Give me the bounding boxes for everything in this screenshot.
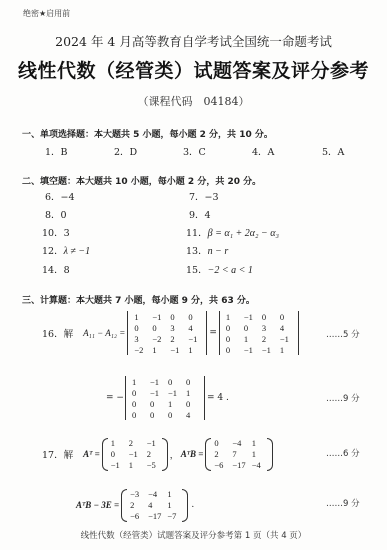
- answer-number: 12．: [42, 246, 64, 257]
- matrix-cell: 2: [259, 333, 277, 344]
- matrix-cell: −1: [185, 333, 203, 344]
- choice-answer-3: 3．C: [183, 144, 206, 158]
- matrix-cell: −1: [241, 344, 259, 355]
- answer-number: 6．: [45, 192, 61, 203]
- q16-determinant-3: 1−1000−1−1100100004: [125, 376, 205, 420]
- q16-lhs: A₁₁ − A₁₂ =: [83, 328, 125, 338]
- answer-number: 7．: [189, 192, 205, 203]
- answer-value: −2 < a < 1: [208, 265, 253, 276]
- choice-answer-5: 5．A: [322, 144, 344, 158]
- fill-answer-8: 8．0: [45, 207, 67, 221]
- course-code: （课程代码 04184）: [0, 93, 387, 109]
- matrix-cell: −1: [149, 311, 167, 322]
- matrix-cell: −1: [147, 376, 165, 387]
- fill-answer-14: 14．8: [42, 262, 70, 276]
- fill-answer-15: 15．−2 < a < 1: [186, 262, 253, 276]
- answer-value: n − r: [208, 246, 229, 257]
- matrix-cell: −4: [145, 489, 164, 500]
- confidential-label: 绝密★启用前: [23, 8, 70, 19]
- matrix-cell: 0: [223, 333, 241, 344]
- choice-answer-1: 1．B: [45, 144, 68, 158]
- matrix-cell: −1: [165, 387, 183, 398]
- section2-heading: 二、填空题：本大题共 10 小题，每小题 2 分，共 20 分。: [22, 174, 261, 187]
- q16-determinant-2: 1−1000034012−10−1−11: [219, 311, 299, 355]
- matrix-cell: 4: [183, 409, 201, 420]
- matrix-cell: 1: [185, 344, 203, 355]
- matrix-cell: 3: [259, 322, 277, 333]
- matrix-cell: −1: [147, 387, 165, 398]
- answer-number: 11．: [186, 228, 208, 239]
- q16-line1: 16．解 A₁₁ − A₁₂ = 1−10000343−22−1−21−11 =…: [42, 305, 299, 361]
- matrix-cell: 2: [144, 449, 162, 460]
- matrix-cell: −2: [149, 333, 167, 344]
- answer-number: 10．: [42, 228, 64, 239]
- matrix-cell: 3: [167, 322, 185, 333]
- matrix-cell: 0: [108, 449, 126, 460]
- matrix-cell: 0: [223, 322, 241, 333]
- matrix-cell: −1: [277, 333, 295, 344]
- matrix-cell: 1: [108, 438, 126, 449]
- q17-matrix-at: 12−10−12−11−5: [102, 438, 168, 471]
- matrix-cell: −7: [164, 511, 182, 522]
- fill-answer-11: 11．β = α₁ + 2α₂ − α₃: [186, 225, 279, 239]
- q16-equals: =: [209, 328, 217, 338]
- answer-number: 14．: [42, 265, 64, 276]
- matrix-cell: 1: [277, 344, 295, 355]
- matrix-cell: 4: [145, 500, 164, 511]
- matrix-cell: −1: [259, 344, 277, 355]
- matrix-cell: 7: [229, 449, 248, 460]
- answer-value: 4: [205, 210, 211, 221]
- matrix-cell: 0: [129, 387, 147, 398]
- answer-value: λ ≠ −1: [64, 246, 91, 257]
- q16-score-2: ……9 分: [326, 392, 360, 404]
- exam-title: 2024 年 4 月高等教育自学考试全国统一命题考试: [0, 32, 387, 50]
- matrix-cell: 0: [211, 438, 229, 449]
- matrix-cell: 0: [147, 398, 165, 409]
- matrix-cell: 1: [223, 311, 241, 322]
- q17-score-1: ……6 分: [326, 447, 360, 459]
- matrix-cell: 4: [277, 322, 295, 333]
- matrix-cell: 1: [164, 489, 182, 500]
- matrix-cell: 0: [259, 311, 277, 322]
- matrix-cell: 2: [127, 500, 145, 511]
- section1-heading: 一、单项选择题：本大题共 5 小题，每小题 2 分，共 10 分。: [22, 127, 273, 140]
- q17-line2: AᵀB − 3E = −3−41241−6−17−7 .: [76, 483, 194, 527]
- q17-matrix-result: −3−41241−6−17−7: [121, 489, 188, 522]
- matrix-cell: 3: [131, 333, 149, 344]
- matrix-cell: 0: [277, 311, 295, 322]
- fill-answer-12: 12．λ ≠ −1: [42, 243, 90, 257]
- q16-line2: = − 1−1000−1−1100100004 = 4 .: [106, 370, 229, 426]
- matrix-cell: −4: [249, 460, 267, 471]
- matrix-cell: −17: [145, 511, 164, 522]
- matrix-cell: 1: [131, 311, 149, 322]
- matrix-cell: 0: [165, 409, 183, 420]
- q16-neg-prefix: = −: [106, 393, 124, 403]
- matrix-cell: 0: [129, 398, 147, 409]
- matrix-cell: 0: [131, 322, 149, 333]
- q17-atb-lhs: AᵀB =: [181, 449, 204, 459]
- answer-number: 15．: [186, 265, 208, 276]
- q17-res-end: .: [191, 500, 194, 510]
- matrix-cell: −1: [241, 311, 259, 322]
- fill-answer-9: 9．4: [189, 207, 211, 221]
- answer-value: 8: [64, 265, 70, 276]
- q17-matrix-atb: 0−41271−6−17−4: [205, 438, 272, 471]
- q17-line1: 17．解 Aᵀ = 12−10−12−11−5 ， AᵀB = 0−41271−…: [42, 432, 273, 476]
- matrix-cell: −1: [144, 438, 162, 449]
- matrix-cell: −6: [127, 511, 145, 522]
- matrix-cell: 0: [129, 409, 147, 420]
- answer-number: 8．: [45, 210, 61, 221]
- answer-value: 0: [61, 210, 67, 221]
- matrix-cell: 1: [241, 333, 259, 344]
- answer-value: −3: [205, 192, 219, 203]
- q16-determinant-1: 1−10000343−22−1−21−11: [127, 311, 207, 355]
- matrix-cell: 1: [183, 387, 201, 398]
- matrix-cell: 1: [249, 438, 267, 449]
- q17-separator: ，: [170, 448, 179, 461]
- answer-value: β = α₁ + 2α₂ − α₃: [208, 228, 279, 239]
- matrix-cell: −2: [131, 344, 149, 355]
- matrix-cell: −1: [126, 449, 144, 460]
- q16-label: 16．解: [42, 326, 73, 340]
- matrix-cell: 0: [183, 398, 201, 409]
- matrix-cell: 0: [183, 376, 201, 387]
- matrix-cell: 0: [185, 311, 203, 322]
- choice-answer-2: 2．D: [114, 144, 137, 158]
- matrix-cell: 0: [223, 344, 241, 355]
- answer-value: 3: [64, 228, 70, 239]
- q16-score-1: ……5 分: [326, 328, 360, 340]
- fill-answer-7: 7．−3: [189, 189, 219, 203]
- fill-answer-13: 13．n − r: [186, 243, 228, 257]
- matrix-cell: −17: [229, 460, 248, 471]
- matrix-cell: −6: [211, 460, 229, 471]
- matrix-cell: 0: [167, 311, 185, 322]
- matrix-cell: 0: [241, 322, 259, 333]
- q16-result: = 4 .: [207, 393, 229, 403]
- matrix-cell: 2: [211, 449, 229, 460]
- answer-number: 13．: [186, 246, 208, 257]
- q17-res-lhs: AᵀB − 3E =: [76, 500, 119, 510]
- matrix-cell: −4: [229, 438, 248, 449]
- answer-number: 9．: [189, 210, 205, 221]
- fill-answer-6: 6．−4: [45, 189, 75, 203]
- matrix-cell: 0: [165, 376, 183, 387]
- q17-label: 17．解: [42, 447, 73, 461]
- matrix-cell: 1: [126, 460, 144, 471]
- answer-value: −4: [61, 192, 75, 203]
- q17-at-lhs: Aᵀ =: [83, 449, 100, 459]
- matrix-cell: 0: [149, 322, 167, 333]
- matrix-cell: 0: [147, 409, 165, 420]
- page-title: 线性代数（经管类）试题答案及评分参考: [0, 56, 387, 83]
- matrix-cell: 1: [129, 376, 147, 387]
- matrix-cell: −3: [127, 489, 145, 500]
- matrix-cell: 1: [165, 398, 183, 409]
- matrix-cell: 4: [185, 322, 203, 333]
- matrix-cell: −5: [144, 460, 162, 471]
- matrix-cell: −1: [108, 460, 126, 471]
- matrix-cell: 2: [167, 333, 185, 344]
- q17-score-2: ……9 分: [326, 497, 360, 509]
- matrix-cell: 1: [249, 449, 267, 460]
- matrix-cell: −1: [167, 344, 185, 355]
- matrix-cell: 1: [149, 344, 167, 355]
- matrix-cell: 1: [164, 500, 182, 511]
- choice-answer-4: 4．A: [252, 144, 274, 158]
- fill-answer-10: 10．3: [42, 225, 70, 239]
- matrix-cell: 2: [126, 438, 144, 449]
- page-footer: 线性代数（经管类）试题答案及评分参考第 1 页（共 4 页）: [0, 529, 387, 541]
